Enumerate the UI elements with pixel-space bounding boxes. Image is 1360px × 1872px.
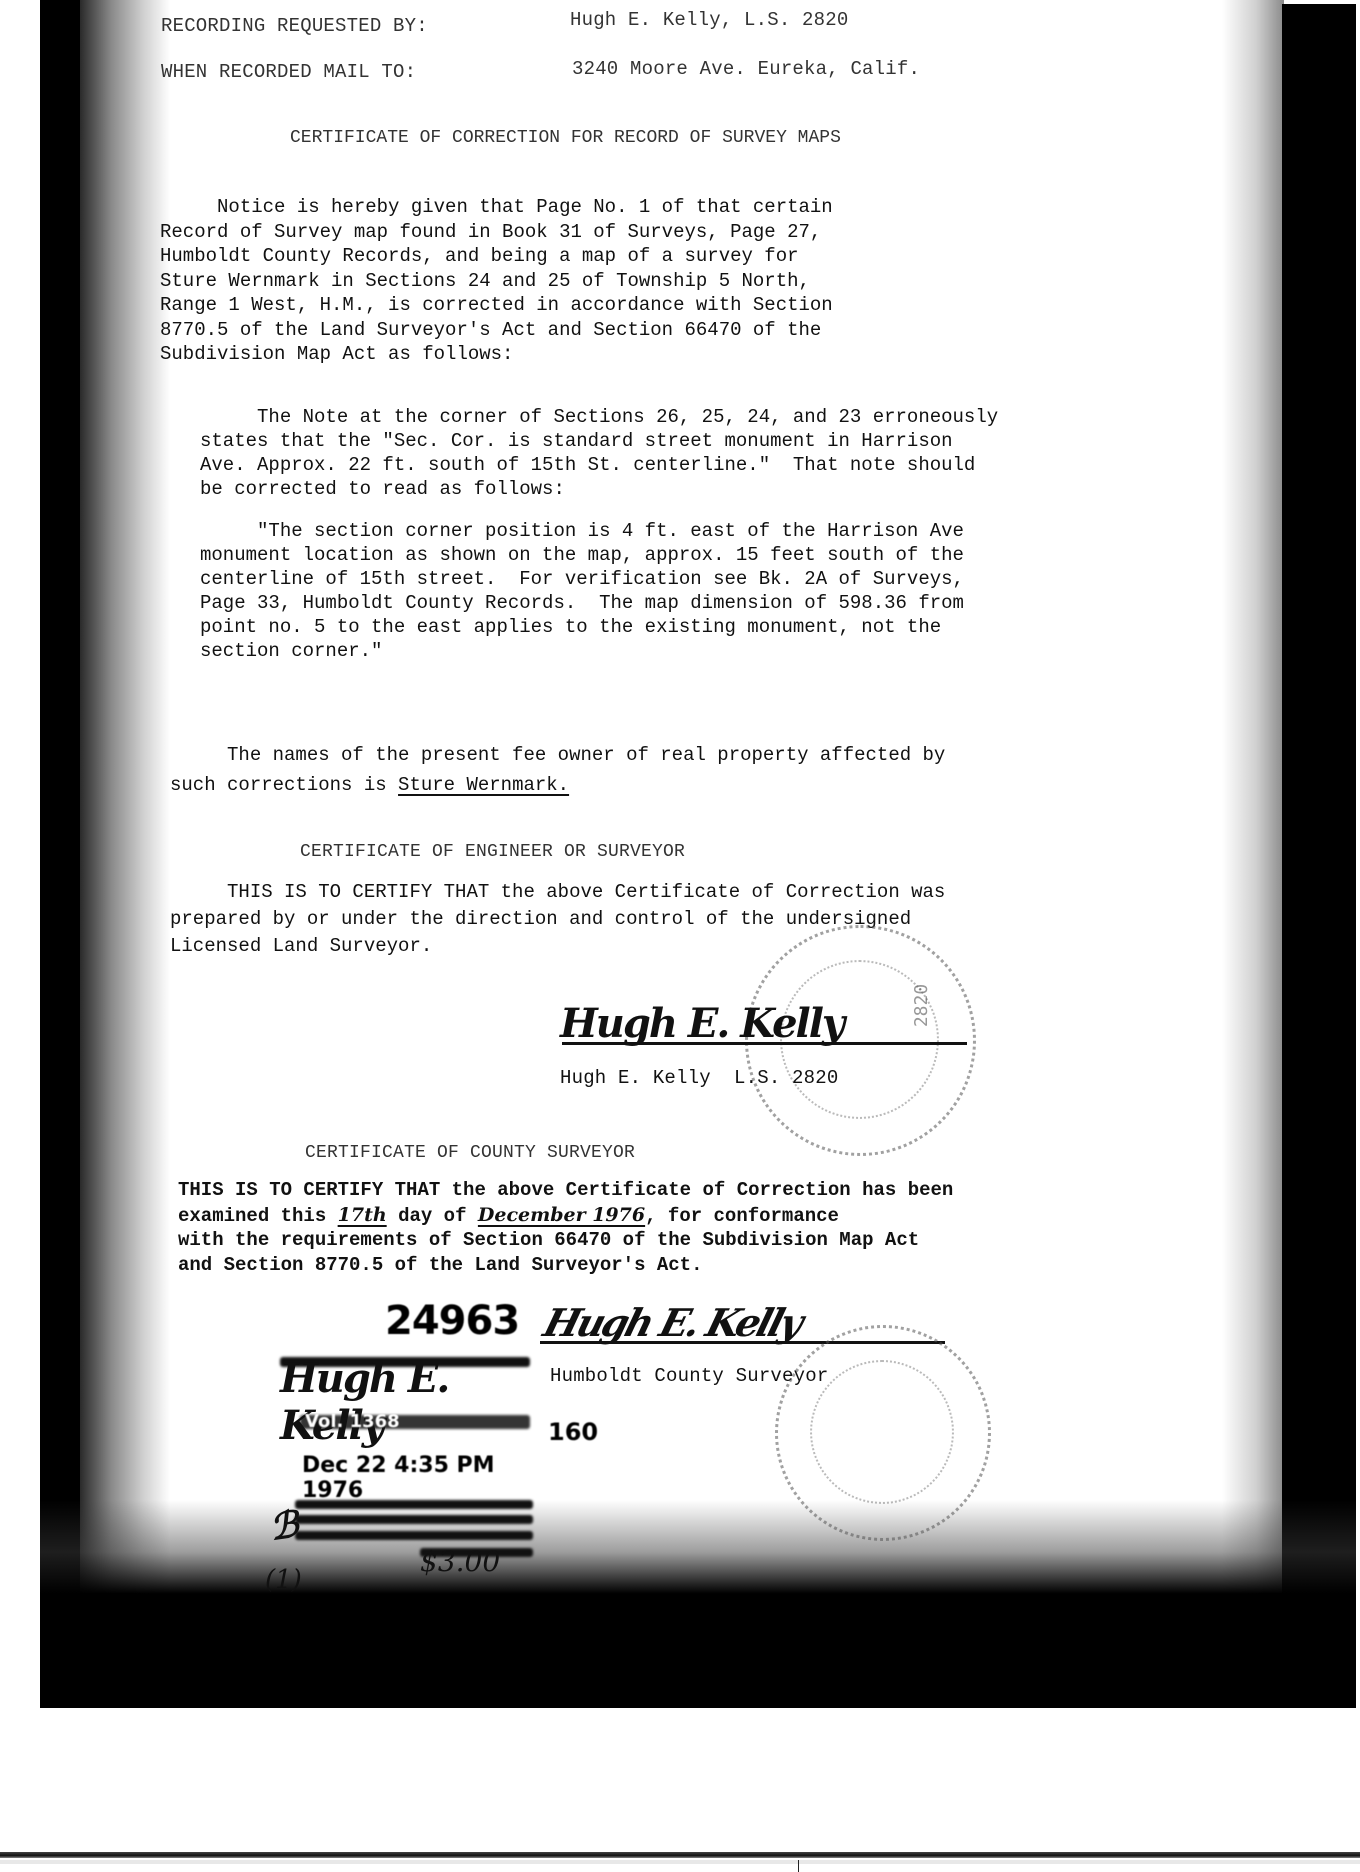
paragraph-line: Record of Survey map found in Book 31 of…	[160, 220, 821, 245]
recording-requested-value: Hugh E. Kelly, L.S. 2820	[570, 8, 848, 33]
scan-shadow-left	[80, 0, 170, 1708]
recording-volume: Vol. 1368	[305, 1411, 400, 1432]
paragraph-line: Ave. Approx. 22 ft. south of 15th St. ce…	[200, 453, 975, 478]
paragraph-line: The Note at the corner of Sections 26, 2…	[200, 405, 998, 430]
recording-mark: (1)	[265, 1565, 302, 1595]
paragraph-line: section corner."	[200, 639, 382, 664]
fee-owner-prefix: such corrections is	[170, 774, 398, 796]
next-page-edge	[0, 1860, 1360, 1864]
paragraph-line: THIS IS TO CERTIFY THAT the above Certif…	[170, 880, 945, 905]
paragraph-line: The names of the present fee owner of re…	[170, 743, 945, 768]
scan-border-right	[1282, 4, 1356, 1708]
paragraph-line: Humboldt County Records, and being a map…	[160, 244, 799, 269]
paragraph-line: Page 33, Humboldt County Records. The ma…	[200, 591, 964, 616]
paragraph-line: examined this 17th day of December 1976,…	[178, 1203, 839, 1229]
recorder-signature: Hugh E. Kelly	[280, 1355, 545, 1449]
scan-shadow-right	[1222, 0, 1284, 1708]
recording-document-number: 24963	[385, 1298, 519, 1344]
paragraph-line: prepared by or under the direction and c…	[170, 907, 911, 932]
next-page-gutter	[798, 1860, 799, 1872]
examined-month: December 1976	[478, 1204, 645, 1226]
recording-page-number: 160	[548, 1418, 598, 1446]
recorder-deputy-signature: ℬ	[267, 1503, 301, 1549]
mail-to-label: WHEN RECORDED MAIL TO:	[161, 60, 416, 85]
paragraph-line: with the requirements of Section 66470 o…	[178, 1228, 919, 1253]
paragraph-line: Sture Wernmark in Sections 24 and 25 of …	[160, 269, 810, 294]
paragraph-line: and Section 8770.5 of the Land Surveyor'…	[178, 1253, 703, 1278]
paragraph-line: such corrections is Sture Wernmark.	[170, 773, 569, 798]
paragraph-line: 8770.5 of the Land Surveyor's Act and Se…	[160, 318, 821, 343]
paragraph-line: monument location as shown on the map, a…	[200, 543, 964, 568]
paragraph-line: centerline of 15th street. For verificat…	[200, 567, 964, 592]
county-surveyor-signature: Hugh E. Kelly	[539, 1300, 806, 1345]
paragraph-line: THIS IS TO CERTIFY THAT the above Certif…	[178, 1178, 953, 1203]
stamp-bar	[295, 1500, 533, 1509]
paragraph-line: "The section corner position is 4 ft. ea…	[200, 519, 964, 544]
paragraph-line: Range 1 West, H.M., is corrected in acco…	[160, 293, 833, 318]
examined-prefix: examined this	[178, 1205, 338, 1227]
engineer-signature-line	[562, 1042, 967, 1045]
paragraph-line: Notice is hereby given that Page No. 1 o…	[160, 195, 833, 220]
recording-date-time: Dec 22 4:35 PM 1976	[302, 1453, 545, 1503]
county-certificate-heading: CERTIFICATE OF COUNTY SURVEYOR	[305, 1141, 635, 1166]
paragraph-line: states that the "Sec. Cor. is standard s…	[200, 429, 953, 454]
paragraph-line: point no. 5 to the east applies to the e…	[200, 615, 941, 640]
scan-border-bottom	[40, 1500, 1356, 1708]
seal-number: 2820	[911, 984, 932, 1027]
engineer-signer-caption: Hugh E. Kelly L.S. 2820	[560, 1066, 838, 1091]
recording-requested-label: RECORDING REQUESTED BY:	[161, 14, 428, 39]
county-seal-inner-ring	[810, 1360, 954, 1504]
recording-fee: $3.00	[420, 1545, 500, 1578]
engineer-signature: Hugh E. Kelly	[560, 1000, 843, 1047]
paragraph-line: Subdivision Map Act as follows:	[160, 342, 513, 367]
paragraph-line: be corrected to read as follows:	[200, 477, 565, 502]
stamp-bar	[295, 1515, 533, 1524]
engineer-certificate-heading: CERTIFICATE OF ENGINEER OR SURVEYOR	[300, 840, 685, 865]
stamp-bar	[295, 1531, 533, 1540]
mail-to-value: 3240 Moore Ave. Eureka, Calif.	[572, 57, 920, 82]
examined-suffix: , for conformance	[645, 1205, 839, 1227]
fee-owner-name: Sture Wernmark.	[398, 774, 569, 796]
page-divider	[0, 1852, 1360, 1858]
scan-border-left	[40, 0, 80, 1708]
examined-mid: day of	[387, 1205, 478, 1227]
examined-day: 17th	[338, 1204, 387, 1226]
paragraph-line: Licensed Land Surveyor.	[170, 934, 432, 959]
recording-stamp: Hugh E. Kelly Vol. 1368 Dec 22 4:35 PM 1…	[270, 1355, 545, 1575]
document-title: CERTIFICATE OF CORRECTION FOR RECORD OF …	[290, 126, 841, 151]
